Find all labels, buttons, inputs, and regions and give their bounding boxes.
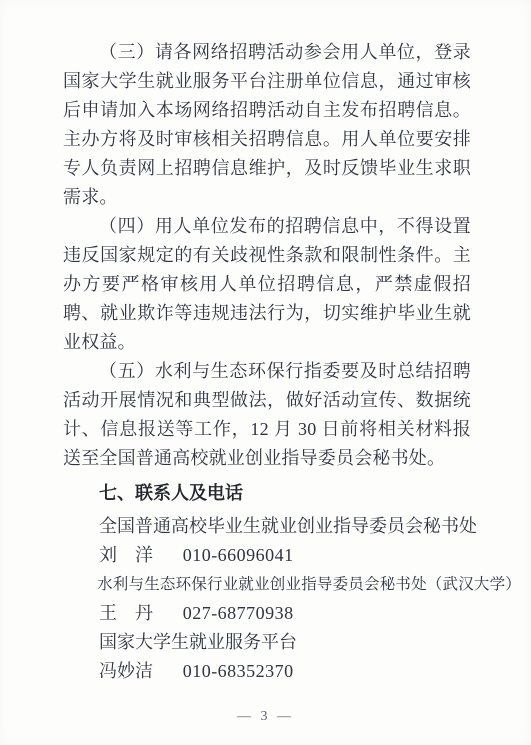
contact-org-text: 水利与生态环保行业就业创业指导委员会秘书处（武汉大学）	[97, 576, 521, 593]
document-body: （三）请各网络招聘活动参会用人单位，登录国家大学生就业服务平台注册单位信息，通过…	[63, 38, 471, 686]
contact-person-wangdan: 王 丹 027-68770938	[63, 599, 471, 628]
contact-name: 冯妙洁	[99, 657, 153, 686]
contact-person-liuyang: 刘 洋 010-66096041	[63, 541, 471, 570]
paragraph-4: （四）用人单位发布的招聘信息中，不得设置违反国家规定的有关歧视性条款和限制性条件…	[63, 212, 471, 357]
contact-person-fengmiaojie: 冯妙洁 010-68352370	[63, 657, 471, 686]
contact-org-water-ecology: 水利与生态环保行业就业创业指导委员会秘书处（武汉大学）	[63, 570, 471, 599]
paragraph-5: （五）水利与生态环保行指委要及时总结招聘活动开展情况和典型做法，做好活动宣传、数…	[63, 357, 471, 473]
contact-name: 刘 洋	[99, 541, 153, 570]
contact-phone: 027-68770938	[183, 603, 294, 623]
paragraph-3: （三）请各网络招聘活动参会用人单位，登录国家大学生就业服务平台注册单位信息，通过…	[63, 38, 471, 212]
section-heading: 七、联系人及电话	[63, 479, 471, 508]
contact-org-text: 国家大学生就业服务平台	[99, 632, 297, 652]
contact-name: 王 丹	[99, 599, 153, 628]
contact-phone: 010-66096041	[183, 545, 294, 565]
document-page: （三）请各网络招聘活动参会用人单位，登录国家大学生就业服务平台注册单位信息，通过…	[0, 0, 531, 745]
page-number: — 3 —	[0, 709, 531, 725]
contact-phone: 010-68352370	[183, 661, 294, 681]
contact-org-national: 全国普通高校毕业生就业创业指导委员会秘书处	[63, 512, 471, 541]
contact-org-text: 全国普通高校毕业生就业创业指导委员会秘书处	[99, 516, 477, 536]
contact-org-platform: 国家大学生就业服务平台	[63, 628, 471, 657]
